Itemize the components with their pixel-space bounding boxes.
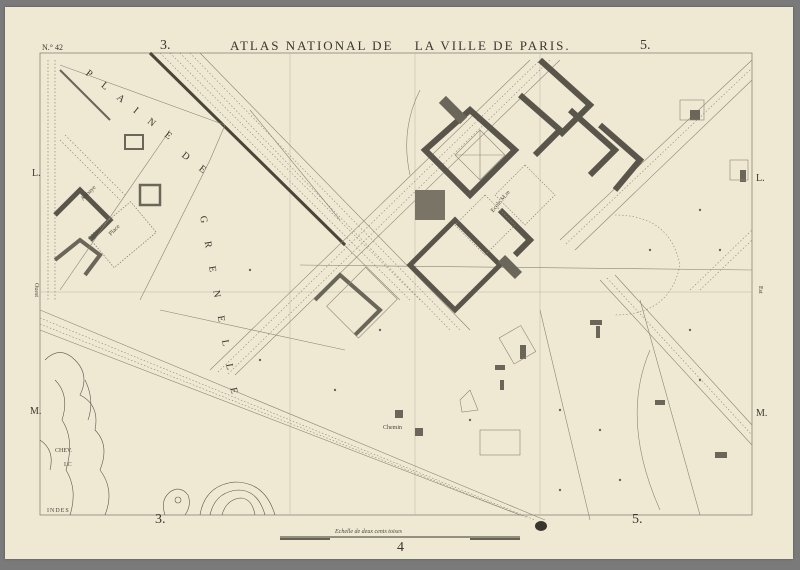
- lower-right-buildings: [395, 110, 746, 458]
- label-chemin: Chemin: [383, 425, 402, 431]
- grid-left-upper: L.: [32, 168, 41, 179]
- right-avenues: [560, 60, 752, 445]
- lower-avenue: [40, 265, 752, 520]
- grid-right-upper: L.: [756, 173, 765, 184]
- grid-top-right: 5.: [640, 38, 651, 54]
- grid-top-left: 3.: [160, 38, 171, 54]
- map-title: ATLAS NATIONAL DE LA VILLE DE PARIS.: [230, 38, 571, 54]
- label-lc: LC: [64, 462, 72, 468]
- grid-bottom-left: 3.: [155, 512, 166, 528]
- scale-label: Echelle de deux cents toises: [335, 529, 402, 535]
- edge-label-west: Ouest: [33, 283, 39, 297]
- scale-bar: [280, 537, 520, 539]
- rooster-vignette: [163, 482, 275, 515]
- grid-right-lower: M.: [756, 408, 767, 419]
- ecole-militaire-dark-blocks: [415, 96, 522, 279]
- grid-left-lower: M.: [30, 406, 41, 417]
- label-indes: INDES: [47, 508, 70, 514]
- edge-label-east: Est: [757, 286, 763, 294]
- grid-bottom-right: 5.: [632, 512, 643, 528]
- grid-bottom-center: 4: [397, 540, 404, 556]
- left-buildings: [55, 70, 160, 275]
- plate-number: N.° 42: [42, 43, 63, 52]
- decorative-foliage: [40, 353, 109, 516]
- label-chev: CHEV.: [55, 448, 72, 454]
- map-drawing: [0, 0, 800, 570]
- title-left: ATLAS NATIONAL DE: [230, 38, 394, 53]
- title-right: LA VILLE DE PARIS.: [415, 38, 571, 53]
